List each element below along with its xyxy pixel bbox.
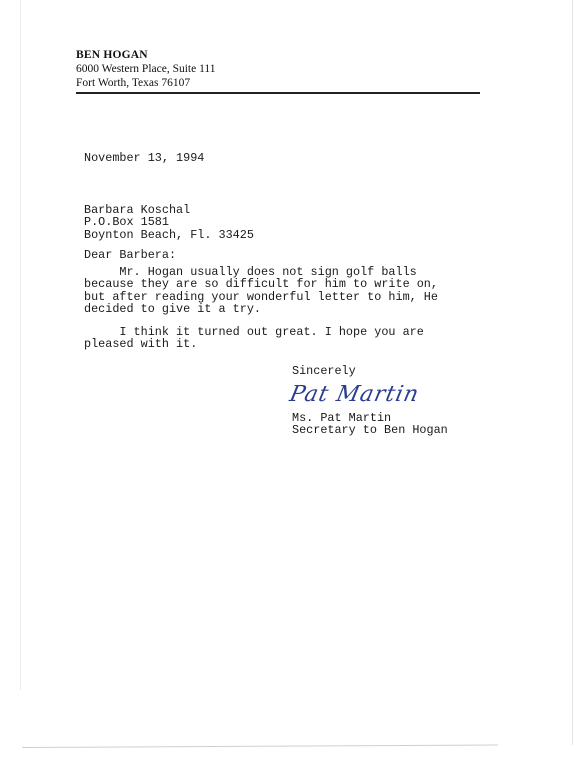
page-edge-right [572,0,573,745]
body-paragraph-2: I think it turned out great. I hope you … [84,326,424,351]
letterhead-rule [76,92,480,94]
letter-date: November 13, 1994 [84,152,204,164]
salutation: Dear Barbera: [84,249,176,261]
letterhead-address-line1: 6000 Western Place, Suite 111 [76,62,216,76]
closing: Sincerely [292,365,356,377]
letterhead: BEN HOGAN 6000 Western Place, Suite 111 … [76,49,216,90]
letterhead-address-line2: Fort Worth, Texas 76107 [76,76,216,90]
handwritten-signature: Pat Martin [287,382,421,407]
recipient-line2: Boynton Beach, Fl. 33425 [84,229,254,241]
page-edge-left [20,0,21,690]
recipient-line1: P.O.Box 1581 [84,216,254,228]
signer-block: Ms. Pat MartinSecretary to Ben Hogan [292,412,448,437]
recipient-address: Barbara KoschalP.O.Box 1581Boynton Beach… [84,204,254,241]
letterhead-name: BEN HOGAN [76,49,216,62]
signer-title: Secretary to Ben Hogan [292,424,448,436]
page-edge-bottom [22,745,498,748]
body-paragraph-1: Mr. Hogan usually does not sign golf bal… [84,266,438,316]
